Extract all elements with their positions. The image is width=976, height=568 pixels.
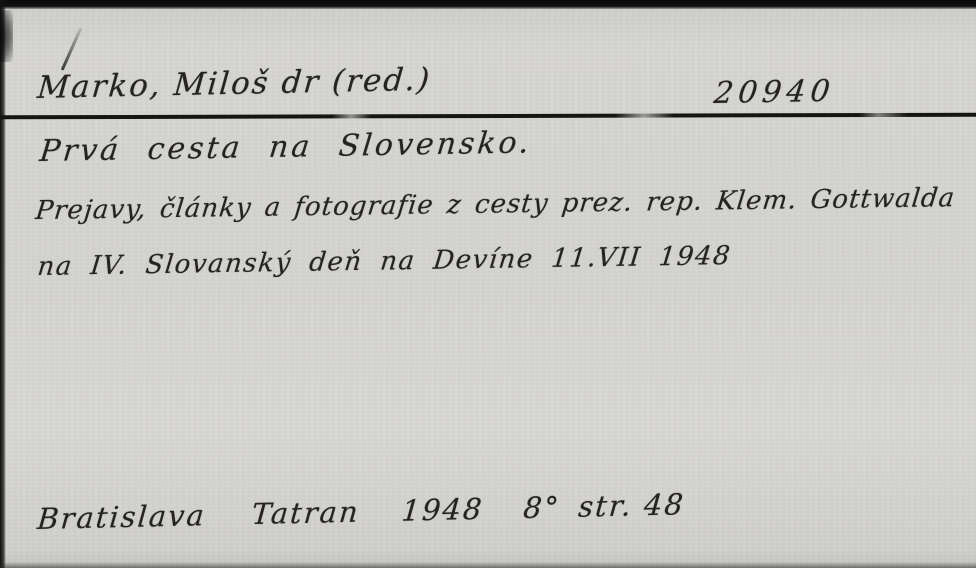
header-rule xyxy=(0,113,976,120)
imprint-format: 8° xyxy=(522,490,562,525)
author-heading: Marko, Miloš dr (red.) xyxy=(36,62,433,106)
catalog-card-scan: Marko, Miloš dr (red.) 20940 Prvá cesta … xyxy=(0,0,976,568)
imprint-year: 1948 xyxy=(400,492,485,528)
imprint-pages: str. 48 xyxy=(577,487,686,523)
scan-edge-blob xyxy=(0,10,13,62)
scan-edge-bottom xyxy=(0,562,976,568)
imprint-place: Bratislava xyxy=(36,498,207,536)
description-line-2: na IV. Slovanský deň na Devíne 11.VII 19… xyxy=(36,241,733,282)
scan-edge-left xyxy=(0,0,6,568)
scan-edge-top xyxy=(0,0,976,9)
pen-stroke-artifact xyxy=(61,27,82,70)
imprint-line: BratislavaTatran19488°str. 48 xyxy=(36,487,686,536)
imprint-publisher: Tatran xyxy=(250,495,361,532)
title-line: Prvá cesta na Slovensko. xyxy=(38,125,534,169)
description-line-1: Prejavy, články a fotografie z cesty pre… xyxy=(34,183,957,226)
catalog-number: 20940 xyxy=(712,74,837,111)
